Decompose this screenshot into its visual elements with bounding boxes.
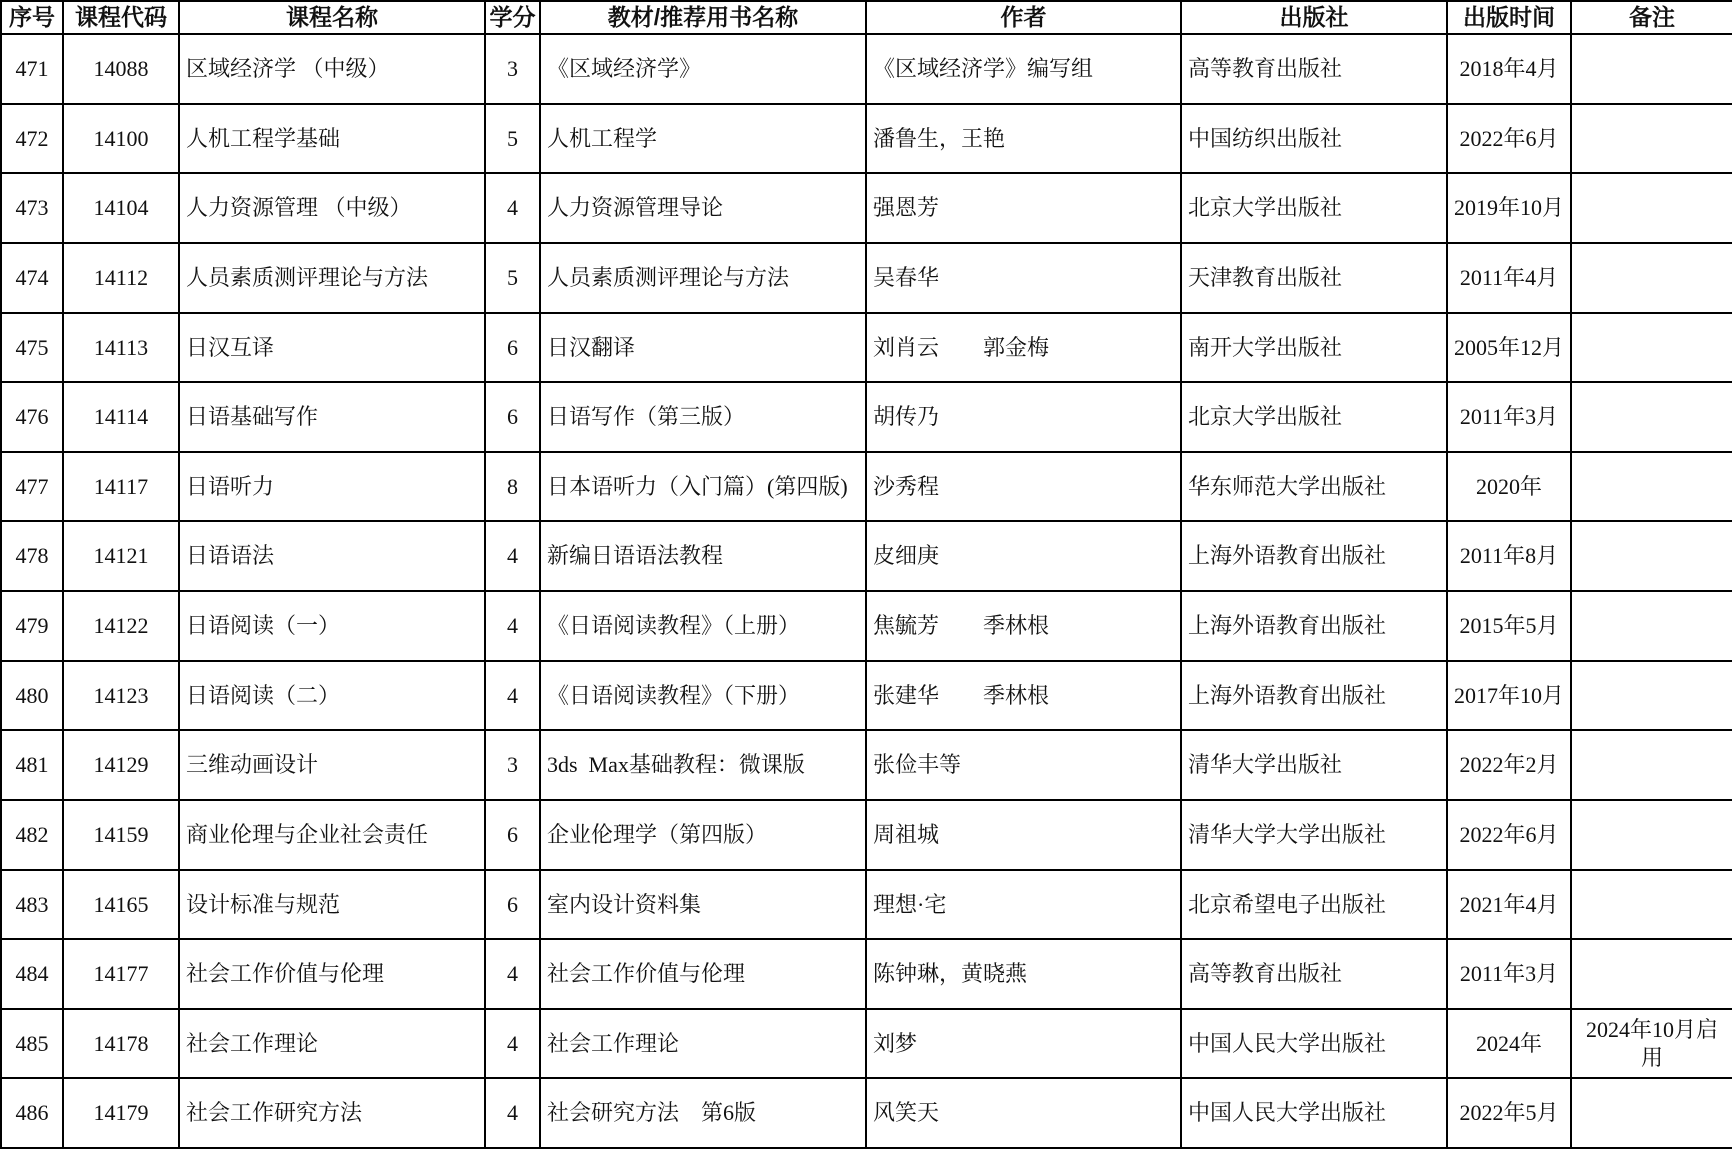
seq-cell: 485 xyxy=(1,1009,63,1079)
pub-date-cell: 2022年6月 xyxy=(1447,104,1571,174)
author-cell: 风笑天 xyxy=(866,1078,1181,1148)
pub-date-cell: 2017年10月 xyxy=(1447,661,1571,731)
pub-date-cell: 2015年5月 xyxy=(1447,591,1571,661)
seq-cell: 481 xyxy=(1,730,63,800)
credits-cell: 6 xyxy=(485,382,540,452)
column-header-textbook: 教材/推荐用书名称 xyxy=(540,1,866,34)
column-header-course-name: 课程名称 xyxy=(179,1,485,34)
textbook-cell: 社会研究方法 第6版 xyxy=(540,1078,866,1148)
publisher-cell: 清华大学出版社 xyxy=(1181,730,1447,800)
author-cell: 皮细庚 xyxy=(866,521,1181,591)
textbook-cell: 人力资源管理导论 xyxy=(540,173,866,243)
table-body: 47114088区域经济学 （中级）3《区域经济学》《区域经济学》编写组高等教育… xyxy=(1,34,1732,1148)
course-name-cell: 区域经济学 （中级） xyxy=(179,34,485,104)
author-cell: 沙秀程 xyxy=(866,452,1181,522)
course-name-cell: 人力资源管理 （中级） xyxy=(179,173,485,243)
seq-cell: 478 xyxy=(1,521,63,591)
remark-cell xyxy=(1571,591,1732,661)
seq-cell: 484 xyxy=(1,939,63,1009)
course-name-cell: 商业伦理与企业社会责任 xyxy=(179,800,485,870)
seq-cell: 472 xyxy=(1,104,63,174)
course-name-cell: 设计标准与规范 xyxy=(179,870,485,940)
remark-cell xyxy=(1571,661,1732,731)
course-textbook-table: 序号 课程代码 课程名称 学分 教材/推荐用书名称 作者 出版社 出版时间 备注… xyxy=(0,0,1732,1149)
course-code-cell: 14088 xyxy=(63,34,179,104)
credits-cell: 3 xyxy=(485,730,540,800)
column-header-remark: 备注 xyxy=(1571,1,1732,34)
pub-date-cell: 2011年4月 xyxy=(1447,243,1571,313)
publisher-cell: 上海外语教育出版社 xyxy=(1181,521,1447,591)
textbook-cell: 《日语阅读教程》（下册） xyxy=(540,661,866,731)
remark-cell xyxy=(1571,521,1732,591)
remark-cell xyxy=(1571,34,1732,104)
publisher-cell: 中国人民大学出版社 xyxy=(1181,1009,1447,1079)
pub-date-cell: 2024年 xyxy=(1447,1009,1571,1079)
publisher-cell: 北京大学出版社 xyxy=(1181,382,1447,452)
seq-cell: 474 xyxy=(1,243,63,313)
credits-cell: 4 xyxy=(485,1078,540,1148)
textbook-cell: 日本语听力（入门篇）(第四版) xyxy=(540,452,866,522)
author-cell: 张建华 季林根 xyxy=(866,661,1181,731)
course-code-cell: 14121 xyxy=(63,521,179,591)
column-header-pub-date: 出版时间 xyxy=(1447,1,1571,34)
course-name-cell: 社会工作理论 xyxy=(179,1009,485,1079)
pub-date-cell: 2011年3月 xyxy=(1447,939,1571,1009)
remark-cell xyxy=(1571,313,1732,383)
textbook-cell: 室内设计资料集 xyxy=(540,870,866,940)
remark-cell xyxy=(1571,243,1732,313)
seq-cell: 486 xyxy=(1,1078,63,1148)
course-name-cell: 日语阅读（二） xyxy=(179,661,485,731)
publisher-cell: 高等教育出版社 xyxy=(1181,939,1447,1009)
table-row: 48214159商业伦理与企业社会责任6企业伦理学（第四版）周祖城清华大学大学出… xyxy=(1,800,1732,870)
seq-cell: 483 xyxy=(1,870,63,940)
course-code-cell: 14104 xyxy=(63,173,179,243)
credits-cell: 4 xyxy=(485,939,540,1009)
remark-cell xyxy=(1571,452,1732,522)
author-cell: 张俭丰等 xyxy=(866,730,1181,800)
author-cell: 理想·宅 xyxy=(866,870,1181,940)
course-code-cell: 14165 xyxy=(63,870,179,940)
pub-date-cell: 2021年4月 xyxy=(1447,870,1571,940)
course-code-cell: 14100 xyxy=(63,104,179,174)
author-cell: 刘梦 xyxy=(866,1009,1181,1079)
publisher-cell: 上海外语教育出版社 xyxy=(1181,591,1447,661)
table-row: 48114129三维动画设计33ds Max基础教程：微课版张俭丰等清华大学出版… xyxy=(1,730,1732,800)
pub-date-cell: 2022年6月 xyxy=(1447,800,1571,870)
publisher-cell: 北京希望电子出版社 xyxy=(1181,870,1447,940)
course-name-cell: 社会工作研究方法 xyxy=(179,1078,485,1148)
seq-cell: 476 xyxy=(1,382,63,452)
pub-date-cell: 2019年10月 xyxy=(1447,173,1571,243)
pub-date-cell: 2018年4月 xyxy=(1447,34,1571,104)
column-header-credits: 学分 xyxy=(485,1,540,34)
pub-date-cell: 2005年12月 xyxy=(1447,313,1571,383)
pub-date-cell: 2011年8月 xyxy=(1447,521,1571,591)
table-row: 47514113日汉互译6日汉翻译刘肖云 郭金梅南开大学出版社2005年12月 xyxy=(1,313,1732,383)
course-name-cell: 日汉互译 xyxy=(179,313,485,383)
textbook-cell: 企业伦理学（第四版） xyxy=(540,800,866,870)
course-code-cell: 14178 xyxy=(63,1009,179,1079)
author-cell: 刘肖云 郭金梅 xyxy=(866,313,1181,383)
course-code-cell: 14122 xyxy=(63,591,179,661)
textbook-cell: 日汉翻译 xyxy=(540,313,866,383)
table-row: 47614114日语基础写作6日语写作（第三版）胡传乃北京大学出版社2011年3… xyxy=(1,382,1732,452)
remark-cell xyxy=(1571,382,1732,452)
author-cell: 强恩芳 xyxy=(866,173,1181,243)
course-code-cell: 14113 xyxy=(63,313,179,383)
pub-date-cell: 2020年 xyxy=(1447,452,1571,522)
course-name-cell: 人员素质测评理论与方法 xyxy=(179,243,485,313)
course-name-cell: 社会工作价值与伦理 xyxy=(179,939,485,1009)
course-code-cell: 14123 xyxy=(63,661,179,731)
table-row: 48514178社会工作理论4社会工作理论刘梦中国人民大学出版社2024年202… xyxy=(1,1009,1732,1079)
author-cell: 《区域经济学》编写组 xyxy=(866,34,1181,104)
course-code-cell: 14112 xyxy=(63,243,179,313)
textbook-cell: 3ds Max基础教程：微课版 xyxy=(540,730,866,800)
credits-cell: 6 xyxy=(485,800,540,870)
course-code-cell: 14177 xyxy=(63,939,179,1009)
remark-cell xyxy=(1571,939,1732,1009)
credits-cell: 5 xyxy=(485,104,540,174)
textbook-cell: 《日语阅读教程》（上册） xyxy=(540,591,866,661)
publisher-cell: 华东师范大学出版社 xyxy=(1181,452,1447,522)
seq-cell: 471 xyxy=(1,34,63,104)
textbook-cell: 日语写作（第三版） xyxy=(540,382,866,452)
document-page: 序号 课程代码 课程名称 学分 教材/推荐用书名称 作者 出版社 出版时间 备注… xyxy=(0,0,1732,1149)
textbook-cell: 社会工作价值与伦理 xyxy=(540,939,866,1009)
table-row: 47314104人力资源管理 （中级）4人力资源管理导论强恩芳北京大学出版社20… xyxy=(1,173,1732,243)
seq-cell: 475 xyxy=(1,313,63,383)
header-row: 序号 课程代码 课程名称 学分 教材/推荐用书名称 作者 出版社 出版时间 备注 xyxy=(1,1,1732,34)
course-code-cell: 14114 xyxy=(63,382,179,452)
remark-cell xyxy=(1571,870,1732,940)
credits-cell: 4 xyxy=(485,591,540,661)
publisher-cell: 南开大学出版社 xyxy=(1181,313,1447,383)
remark-cell xyxy=(1571,104,1732,174)
textbook-cell: 社会工作理论 xyxy=(540,1009,866,1079)
seq-cell: 479 xyxy=(1,591,63,661)
publisher-cell: 高等教育出版社 xyxy=(1181,34,1447,104)
credits-cell: 5 xyxy=(485,243,540,313)
table-row: 47814121日语语法4新编日语语法教程皮细庚上海外语教育出版社2011年8月 xyxy=(1,521,1732,591)
author-cell: 周祖城 xyxy=(866,800,1181,870)
textbook-cell: 《区域经济学》 xyxy=(540,34,866,104)
table-row: 47914122日语阅读（一）4《日语阅读教程》（上册）焦毓芳 季林根上海外语教… xyxy=(1,591,1732,661)
publisher-cell: 上海外语教育出版社 xyxy=(1181,661,1447,731)
seq-cell: 480 xyxy=(1,661,63,731)
publisher-cell: 北京大学出版社 xyxy=(1181,173,1447,243)
table-row: 47714117日语听力8日本语听力（入门篇）(第四版)沙秀程华东师范大学出版社… xyxy=(1,452,1732,522)
column-header-course-code: 课程代码 xyxy=(63,1,179,34)
column-header-seq: 序号 xyxy=(1,1,63,34)
textbook-cell: 新编日语语法教程 xyxy=(540,521,866,591)
table-row: 48314165设计标准与规范6室内设计资料集理想·宅北京希望电子出版社2021… xyxy=(1,870,1732,940)
credits-cell: 4 xyxy=(485,661,540,731)
course-code-cell: 14179 xyxy=(63,1078,179,1148)
author-cell: 胡传乃 xyxy=(866,382,1181,452)
credits-cell: 6 xyxy=(485,870,540,940)
credits-cell: 8 xyxy=(485,452,540,522)
pub-date-cell: 2022年2月 xyxy=(1447,730,1571,800)
course-code-cell: 14117 xyxy=(63,452,179,522)
remark-cell xyxy=(1571,173,1732,243)
seq-cell: 482 xyxy=(1,800,63,870)
table-row: 47214100人机工程学基础5人机工程学潘鲁生，王艳中国纺织出版社2022年6… xyxy=(1,104,1732,174)
course-name-cell: 三维动画设计 xyxy=(179,730,485,800)
author-cell: 潘鲁生，王艳 xyxy=(866,104,1181,174)
credits-cell: 4 xyxy=(485,173,540,243)
course-code-cell: 14129 xyxy=(63,730,179,800)
table-row: 48614179社会工作研究方法4社会研究方法 第6版风笑天中国人民大学出版社2… xyxy=(1,1078,1732,1148)
author-cell: 陈钟琳，黄晓燕 xyxy=(866,939,1181,1009)
publisher-cell: 清华大学大学出版社 xyxy=(1181,800,1447,870)
column-header-publisher: 出版社 xyxy=(1181,1,1447,34)
course-code-cell: 14159 xyxy=(63,800,179,870)
course-name-cell: 日语听力 xyxy=(179,452,485,522)
remark-cell xyxy=(1571,730,1732,800)
author-cell: 焦毓芳 季林根 xyxy=(866,591,1181,661)
course-name-cell: 日语基础写作 xyxy=(179,382,485,452)
credits-cell: 4 xyxy=(485,521,540,591)
table-header: 序号 课程代码 课程名称 学分 教材/推荐用书名称 作者 出版社 出版时间 备注 xyxy=(1,1,1732,34)
seq-cell: 473 xyxy=(1,173,63,243)
credits-cell: 6 xyxy=(485,313,540,383)
publisher-cell: 天津教育出版社 xyxy=(1181,243,1447,313)
pub-date-cell: 2022年5月 xyxy=(1447,1078,1571,1148)
remark-cell xyxy=(1571,800,1732,870)
textbook-cell: 人员素质测评理论与方法 xyxy=(540,243,866,313)
textbook-cell: 人机工程学 xyxy=(540,104,866,174)
seq-cell: 477 xyxy=(1,452,63,522)
table-row: 48014123日语阅读（二）4《日语阅读教程》（下册）张建华 季林根上海外语教… xyxy=(1,661,1732,731)
course-name-cell: 日语语法 xyxy=(179,521,485,591)
publisher-cell: 中国人民大学出版社 xyxy=(1181,1078,1447,1148)
pub-date-cell: 2011年3月 xyxy=(1447,382,1571,452)
remark-cell xyxy=(1571,1078,1732,1148)
table-row: 47414112人员素质测评理论与方法5人员素质测评理论与方法吴春华天津教育出版… xyxy=(1,243,1732,313)
column-header-author: 作者 xyxy=(866,1,1181,34)
credits-cell: 4 xyxy=(485,1009,540,1079)
course-name-cell: 日语阅读（一） xyxy=(179,591,485,661)
table-row: 48414177社会工作价值与伦理4社会工作价值与伦理陈钟琳，黄晓燕高等教育出版… xyxy=(1,939,1732,1009)
publisher-cell: 中国纺织出版社 xyxy=(1181,104,1447,174)
author-cell: 吴春华 xyxy=(866,243,1181,313)
credits-cell: 3 xyxy=(485,34,540,104)
course-name-cell: 人机工程学基础 xyxy=(179,104,485,174)
table-row: 47114088区域经济学 （中级）3《区域经济学》《区域经济学》编写组高等教育… xyxy=(1,34,1732,104)
remark-cell: 2024年10月启用 xyxy=(1571,1009,1732,1079)
